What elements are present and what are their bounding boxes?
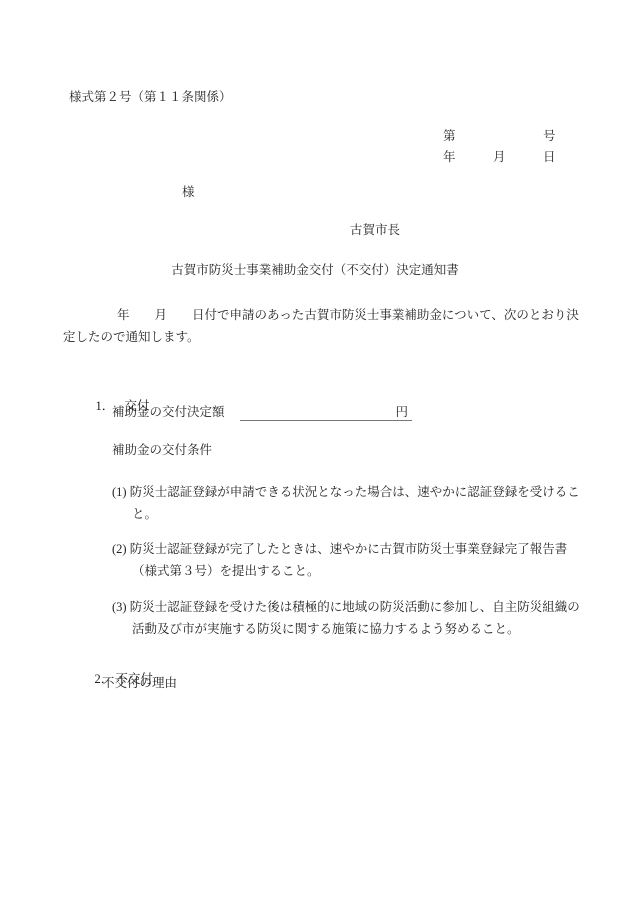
- grant-amount-label: 補助金の交付決定額: [112, 403, 225, 421]
- document-title: 古賀市防災士事業補助金交付（不交付）決定通知書: [0, 262, 630, 278]
- condition-1-line-1: (1) 防災士認証登録が申請できる状況となった場合は、速やかに認証登録を受けるこ: [112, 481, 582, 503]
- grant-conditions-label: 補助金の交付条件: [112, 442, 212, 458]
- condition-item-3: (3) 防災士認証登録を受けた後は積極的に地域の防災活動に参加し、自主防災組織の…: [112, 596, 582, 640]
- notice-document-page: 様式第２号（第１１条関係） 第 号 年 月 日 様 古賀市長 古賀市防災士事業補…: [0, 0, 630, 903]
- form-number: 様式第２号（第１１条関係）: [69, 89, 232, 105]
- condition-item-2: (2) 防災士認証登録が完了したときは、速やかに古賀市防災士事業登録完了報告書 …: [112, 538, 582, 582]
- issue-date-line: 年 月 日: [443, 149, 556, 165]
- condition-3-line-2: 活動及び市が実施する防災に関する施策に協力するよう努めること。: [112, 618, 582, 640]
- condition-2-line-2: （様式第３号）を提出すること。: [112, 560, 582, 582]
- condition-2-line-1: (2) 防災士認証登録が完了したときは、速やかに古賀市防災士事業登録完了報告書: [112, 538, 582, 560]
- body-paragraph: 年 月 日付で申請のあった古賀市防災士事業補助金について、次のとおり決 定したの…: [63, 304, 568, 348]
- body-line-2: 定したので通知します。: [63, 326, 568, 348]
- non-grant-reason-label: 不交付の理由: [102, 675, 177, 691]
- grant-amount-blank-field: 円: [240, 403, 412, 421]
- issuer-name: 古賀市長: [350, 222, 400, 238]
- condition-3-line-1: (3) 防災士認証登録を受けた後は積極的に地域の防災活動に参加し、自主防災組織の: [112, 596, 582, 618]
- body-line-1: 年 月 日付で申請のあった古賀市防災士事業補助金について、次のとおり決: [63, 304, 568, 326]
- condition-item-1: (1) 防災士認証登録が申請できる状況となった場合は、速やかに認証登録を受けるこ…: [112, 481, 582, 525]
- document-number-line: 第 号: [443, 128, 556, 144]
- addressee-suffix: 様: [182, 184, 195, 200]
- condition-1-line-2: と。: [112, 503, 582, 525]
